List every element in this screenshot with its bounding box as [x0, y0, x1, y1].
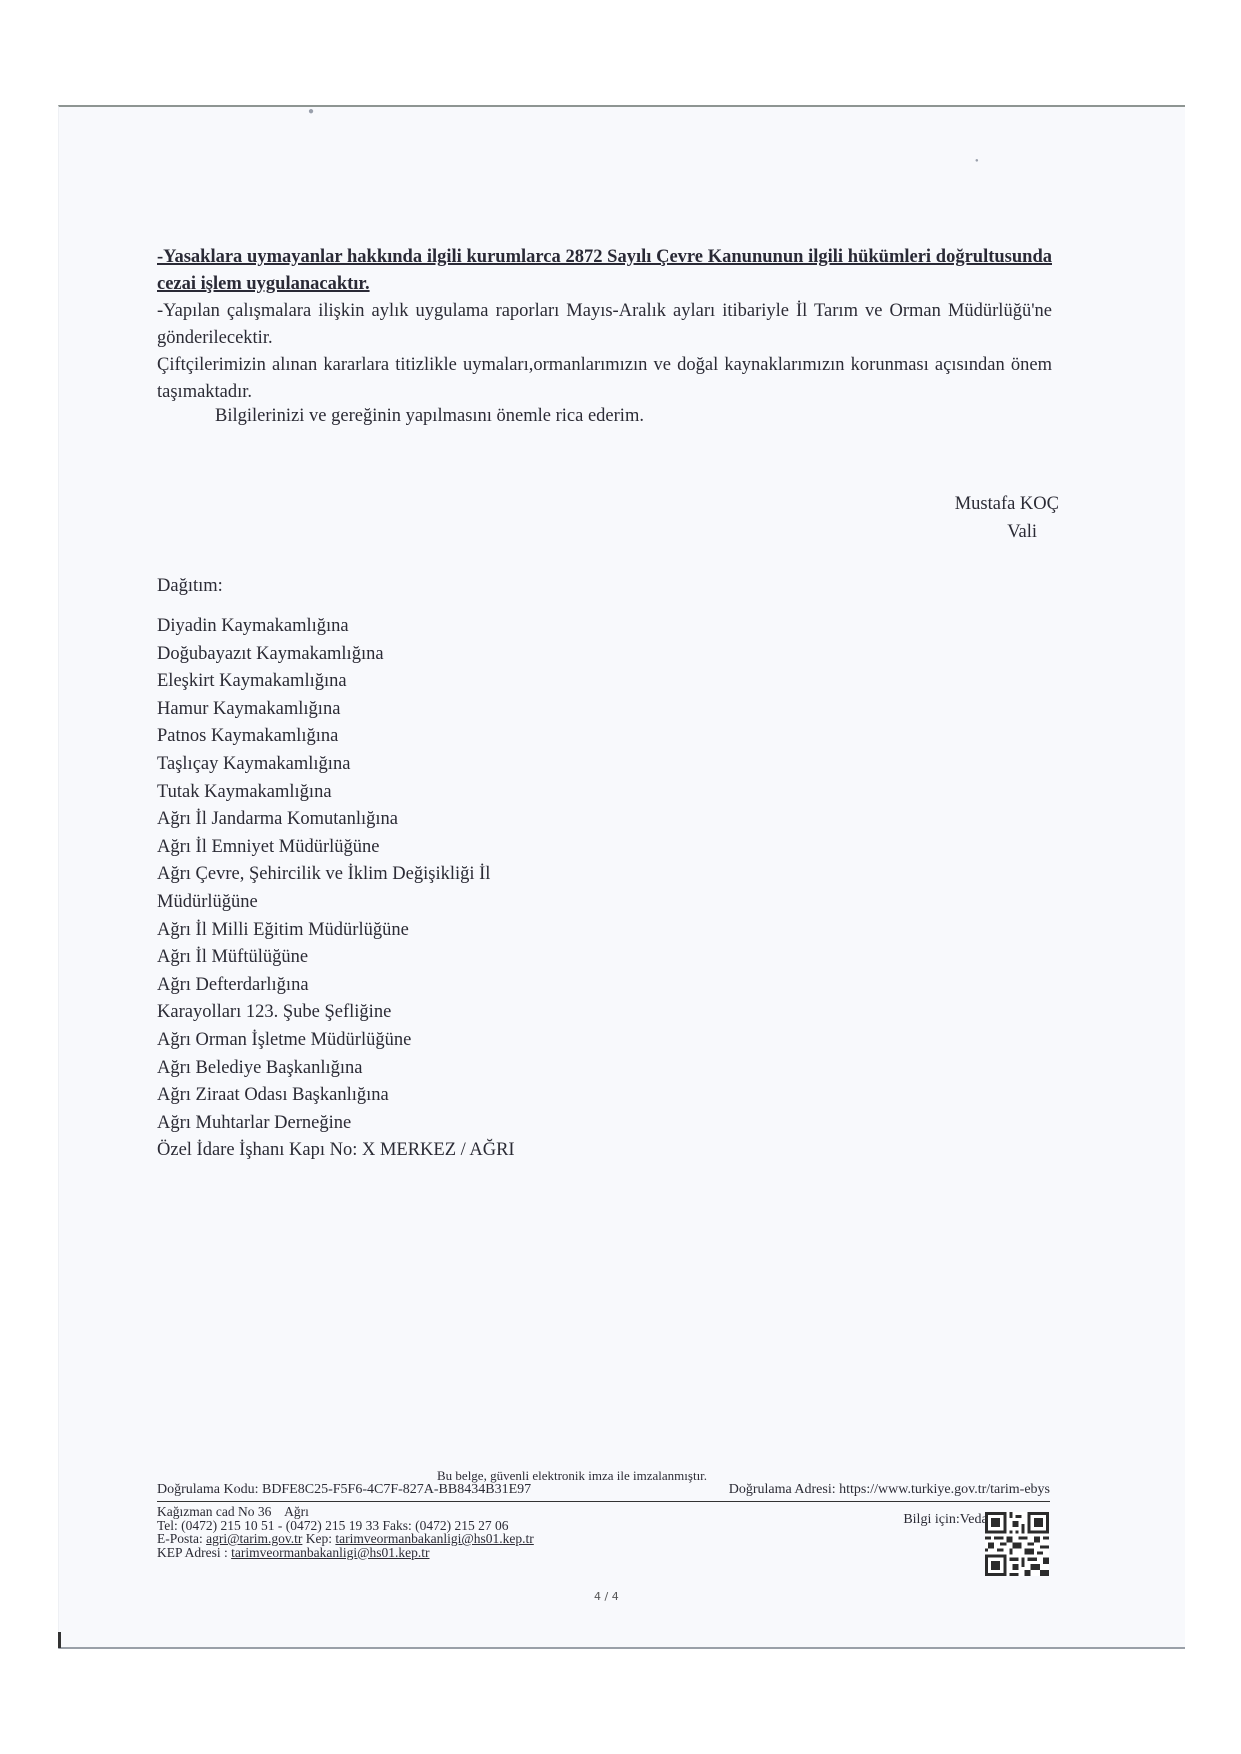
distribution-item: Ağrı Çevre, Şehircilik ve İklim Değişikl… — [157, 861, 515, 889]
verification-code: Doğrulama Kodu: BDFE8C25-F5F6-4C7F-827A-… — [157, 1482, 531, 1498]
distribution-item: Tutak Kaymakamlığına — [157, 779, 515, 807]
distribution-list: Diyadin Kaymakamlığına Doğubayazıt Kayma… — [157, 613, 515, 1165]
qr-code-icon — [985, 1512, 1049, 1576]
distribution-item: Ağrı Belediye Başkanlığına — [157, 1055, 515, 1083]
distribution-item: Karayolları 123. Şube Şefliğine — [157, 999, 515, 1027]
distribution-item: Eleşkirt Kaymakamlığına — [157, 668, 515, 696]
distribution-item: Doğubayazıt Kaymakamlığına — [157, 641, 515, 669]
distribution-item: Ağrı İl Milli Eğitim Müdürlüğüne — [157, 917, 515, 945]
kep-address-link[interactable]: tarimveormanbakanligi@hs01.kep.tr — [231, 1545, 429, 1560]
scan-edge-mark — [58, 1632, 61, 1648]
reporting-paragraph: -Yapılan çalışmalara ilişkin aylık uygul… — [157, 298, 1052, 351]
email-line: E-Posta: agri@tarim.gov.tr Kep: tarimveo… — [157, 1532, 534, 1546]
postal-address: Kağızman cad No 36 Ağrı — [157, 1505, 534, 1519]
compliance-paragraph: Çiftçilerimizin alınan kararlara titizli… — [157, 352, 1052, 405]
signature-block: Mustafa KOÇ Vali — [859, 490, 1059, 546]
signer-title: Vali — [859, 518, 1059, 546]
kep-address-line: KEP Adresi : tarimveormanbakanligi@hs01.… — [157, 1546, 534, 1560]
distribution-item: Müdürlüğüne — [157, 889, 515, 917]
distribution-item: Ağrı İl Emniyet Müdürlüğüne — [157, 834, 515, 862]
phone-fax: Tel: (0472) 215 10 51 - (0472) 215 19 33… — [157, 1519, 534, 1533]
distribution-item: Patnos Kaymakamlığına — [157, 723, 515, 751]
page-number: 4 / 4 — [594, 1590, 619, 1603]
distribution-title: Dağıtım: — [157, 576, 223, 597]
distribution-item: Diyadin Kaymakamlığına — [157, 613, 515, 641]
distribution-item: Ağrı Muhtarlar Derneğine — [157, 1110, 515, 1138]
distribution-item: Ağrı Orman İşletme Müdürlüğüne — [157, 1027, 515, 1055]
scan-speck: ● — [308, 106, 314, 117]
distribution-item: Hamur Kaymakamlığına — [157, 696, 515, 724]
scan-speck: ● — [975, 158, 979, 164]
verification-address[interactable]: Doğrulama Adresi: https://www.turkiye.go… — [729, 1482, 1050, 1498]
distribution-item: Ağrı Defterdarlığına — [157, 972, 515, 1000]
distribution-item: Taşlıçay Kaymakamlığına — [157, 751, 515, 779]
distribution-item: Ağrı İl Müftülüğüne — [157, 944, 515, 972]
signer-name: Mustafa KOÇ — [859, 490, 1059, 518]
closing-sentence: Bilgilerinizi ve gereğinin yapılmasını ö… — [215, 406, 644, 427]
penalty-warning: -Yasaklara uymayanlar hakkında ilgili ku… — [157, 244, 1052, 297]
kep-address-label: KEP Adresi : — [157, 1545, 231, 1560]
distribution-item: Özel İdare İşhanı Kapı No: X MERKEZ / AĞ… — [157, 1137, 515, 1165]
contact-block: Kağızman cad No 36 Ağrı Tel: (0472) 215 … — [157, 1505, 534, 1559]
verification-row: Doğrulama Kodu: BDFE8C25-F5F6-4C7F-827A-… — [157, 1482, 1050, 1502]
distribution-item: Ağrı Ziraat Odası Başkanlığına — [157, 1082, 515, 1110]
distribution-item: Ağrı İl Jandarma Komutanlığına — [157, 806, 515, 834]
